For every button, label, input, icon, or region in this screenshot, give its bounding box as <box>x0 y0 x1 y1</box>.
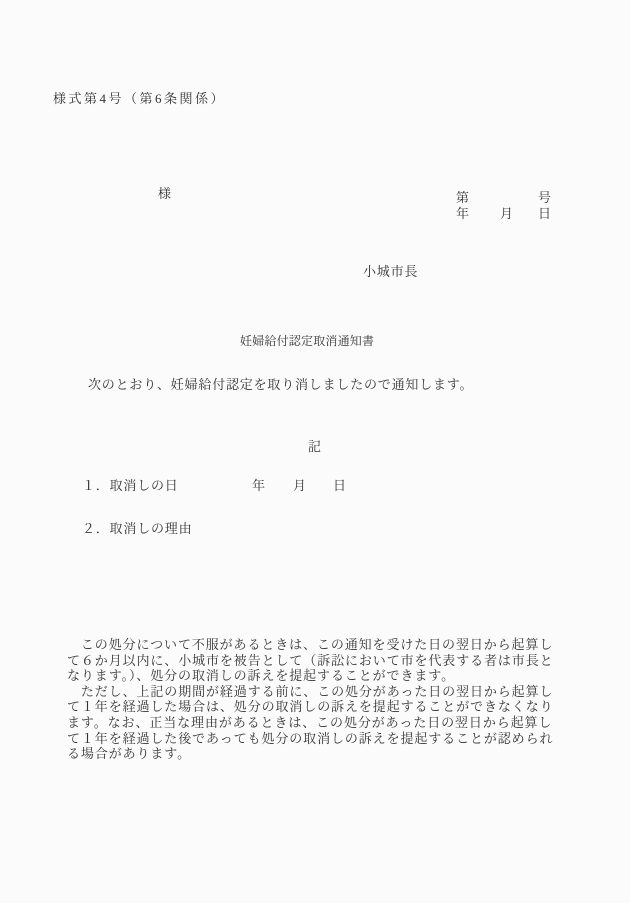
document-page: 様式第4号（第6条関係） 様 第 号 年 月 日 小城市長 妊婦給付認定取消通知… <box>0 0 630 903</box>
appeal-line: ます。なお、正当な理由があるときは、この処分があった日の翌日から起算し <box>67 715 607 731</box>
appeal-line: る場合があります。 <box>67 746 607 762</box>
ki-marker: 記 <box>308 440 322 453</box>
document-title: 妊婦給付認定取消通知書 <box>240 335 374 347</box>
sender-name: 小城市長 <box>363 265 418 278</box>
doc-number-suffix: 号 <box>538 191 552 204</box>
date-month-label: 月 <box>500 207 514 220</box>
item-1-day-label: 日 <box>333 479 347 492</box>
item-2-label: ２．取消しの理由 <box>82 522 192 535</box>
item-1-month-label: 月 <box>293 479 307 492</box>
intro-sentence: 次のとおり、妊婦給付認定を取り消しましたので通知します。 <box>88 378 473 391</box>
form-number-label: 様式第4号（第6条関係） <box>53 92 226 105</box>
appeal-line: て１年を経過した場合は、処分の取消しの訴えを提起することができなくなり <box>67 699 607 715</box>
addressee-suffix-label: 様 <box>158 187 172 200</box>
date-year-label: 年 <box>456 207 470 220</box>
appeal-line: なります。）、処分の取消しの訴えを提起することができます。 <box>67 668 607 684</box>
appeal-line: て１年を経過した後であっても処分の取消しの訴えを提起することが認められ <box>67 731 607 747</box>
date-day-label: 日 <box>538 207 552 220</box>
appeal-line: ただし、上記の期間が経過する前に、この処分があった日の翌日から起算し <box>67 684 607 700</box>
doc-number-prefix: 第 <box>456 191 470 204</box>
item-1-label: １．取消しの日 <box>82 479 179 492</box>
appeal-line: この処分について不服があるときは、この通知を受けた日の翌日から起算し <box>67 637 607 653</box>
appeal-line: て６か月以内に、小城市を被告として（訴訟において市を代表する者は市長と <box>67 653 607 669</box>
appeal-notice-paragraph: この処分について不服があるときは、この通知を受けた日の翌日から起算し て６か月以… <box>67 637 607 762</box>
item-1-year-label: 年 <box>252 479 266 492</box>
